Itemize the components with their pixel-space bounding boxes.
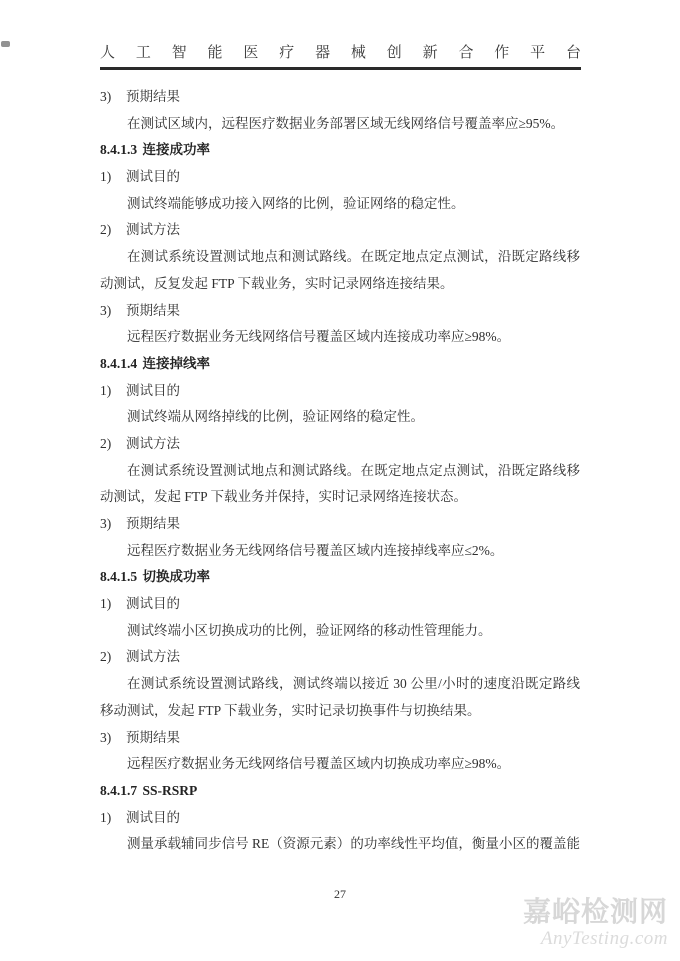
header-title-char: 械 bbox=[351, 45, 366, 62]
header-title-char: 医 bbox=[243, 45, 258, 62]
list-item-label: 预期结果 bbox=[126, 730, 180, 745]
list-item-number: 3) bbox=[100, 298, 126, 325]
list-item: 3)预期结果 bbox=[100, 511, 580, 538]
header-title-char: 合 bbox=[458, 45, 473, 62]
paragraph-line: 测试终端从网络掉线的比例，验证网络的稳定性。 bbox=[100, 404, 580, 431]
page-header: 人工智能医疗器械创新合作平台 bbox=[100, 45, 581, 70]
header-title-char: 平 bbox=[530, 45, 545, 62]
header-title-char: 台 bbox=[566, 45, 581, 62]
list-item-label: 测试目的 bbox=[126, 596, 180, 611]
section-heading: 8.4.1.7 SS-RSRP bbox=[100, 778, 580, 805]
document-body: 3)预期结果在测试区域内，远程医疗数据业务部署区域无线网络信号覆盖率应≥95%。… bbox=[100, 84, 580, 858]
watermark-site-name: 嘉峪检测网 bbox=[523, 898, 668, 926]
list-item-label: 预期结果 bbox=[126, 516, 180, 531]
list-item-number: 1) bbox=[100, 805, 126, 832]
section-heading: 8.4.1.3 连接成功率 bbox=[100, 137, 580, 164]
list-item-label: 测试方法 bbox=[126, 436, 180, 451]
list-item-label: 预期结果 bbox=[126, 303, 180, 318]
paragraph-line: 远程医疗数据业务无线网络信号覆盖区域内连接成功率应≥98%。 bbox=[100, 324, 580, 351]
list-item: 2)测试方法 bbox=[100, 431, 580, 458]
list-item-number: 1) bbox=[100, 164, 126, 191]
list-item-number: 1) bbox=[100, 378, 126, 405]
header-title-char: 人 bbox=[100, 45, 115, 62]
header-title-char: 工 bbox=[136, 45, 151, 62]
header-title-char: 新 bbox=[423, 45, 438, 62]
paragraph-line: 在测试区域内，远程医疗数据业务部署区域无线网络信号覆盖率应≥95%。 bbox=[100, 111, 580, 138]
list-item: 2)测试方法 bbox=[100, 217, 580, 244]
paragraph-line: 测试终端小区切换成功的比例，验证网络的移动性管理能力。 bbox=[100, 618, 580, 645]
list-item-number: 2) bbox=[100, 644, 126, 671]
paragraph-line: 远程医疗数据业务无线网络信号覆盖区域内切换成功率应≥98%。 bbox=[100, 751, 580, 778]
list-item: 3)预期结果 bbox=[100, 725, 580, 752]
list-item: 1)测试目的 bbox=[100, 591, 580, 618]
paragraph-line: 在测试系统设置测试地点和测试路线。在既定地点定点测试，沿既定路线移 bbox=[100, 458, 580, 485]
list-item: 1)测试目的 bbox=[100, 805, 580, 832]
paragraph-line: 在测试系统设置测试路线，测试终端以接近 30 公里/小时的速度沿既定路线 bbox=[100, 671, 580, 698]
list-item-number: 3) bbox=[100, 84, 126, 111]
list-item-number: 3) bbox=[100, 511, 126, 538]
list-item-label: 测试目的 bbox=[126, 810, 180, 825]
header-title-char: 智 bbox=[172, 45, 187, 62]
paragraph-line: 测试终端能够成功接入网络的比例，验证网络的稳定性。 bbox=[100, 191, 580, 218]
scan-artifact bbox=[1, 41, 10, 47]
list-item-number: 1) bbox=[100, 591, 126, 618]
list-item: 1)测试目的 bbox=[100, 378, 580, 405]
header-title: 人工智能医疗器械创新合作平台 bbox=[100, 45, 581, 62]
section-heading: 8.4.1.4 连接掉线率 bbox=[100, 351, 580, 378]
list-item-number: 2) bbox=[100, 431, 126, 458]
header-title-char: 作 bbox=[494, 45, 509, 62]
list-item: 1)测试目的 bbox=[100, 164, 580, 191]
paragraph-line: 动测试，发起 FTP 下载业务并保持，实时记录网络连接状态。 bbox=[100, 484, 580, 511]
header-title-char: 疗 bbox=[279, 45, 294, 62]
paragraph-line: 在测试系统设置测试地点和测试路线。在既定地点定点测试，沿既定路线移 bbox=[100, 244, 580, 271]
header-title-char: 创 bbox=[387, 45, 402, 62]
list-item-label: 测试目的 bbox=[126, 383, 180, 398]
list-item-label: 预期结果 bbox=[126, 89, 180, 104]
list-item: 3)预期结果 bbox=[100, 298, 580, 325]
paragraph-line: 远程医疗数据业务无线网络信号覆盖区域内连接掉线率应≤2%。 bbox=[100, 538, 580, 565]
section-heading: 8.4.1.5 切换成功率 bbox=[100, 564, 580, 591]
header-title-char: 器 bbox=[315, 45, 330, 62]
watermark: 嘉峪检测网 AnyTesting.com bbox=[523, 898, 668, 948]
header-title-char: 能 bbox=[208, 45, 223, 62]
header-rule bbox=[100, 67, 581, 70]
list-item-number: 3) bbox=[100, 725, 126, 752]
paragraph-line: 动测试，反复发起 FTP 下载业务，实时记录网络连接结果。 bbox=[100, 271, 580, 298]
list-item-number: 2) bbox=[100, 217, 126, 244]
list-item-label: 测试目的 bbox=[126, 169, 180, 184]
list-item: 3)预期结果 bbox=[100, 84, 580, 111]
watermark-site-url: AnyTesting.com bbox=[523, 929, 668, 948]
list-item-label: 测试方法 bbox=[126, 222, 180, 237]
list-item: 2)测试方法 bbox=[100, 644, 580, 671]
list-item-label: 测试方法 bbox=[126, 649, 180, 664]
document-page: 人工智能医疗器械创新合作平台 3)预期结果在测试区域内，远程医疗数据业务部署区域… bbox=[0, 0, 680, 961]
paragraph-line: 测量承载辅同步信号 RE（资源元素）的功率线性平均值，衡量小区的覆盖能 bbox=[100, 831, 580, 858]
paragraph-line: 移动测试，发起 FTP 下载业务，实时记录切换事件与切换结果。 bbox=[100, 698, 580, 725]
